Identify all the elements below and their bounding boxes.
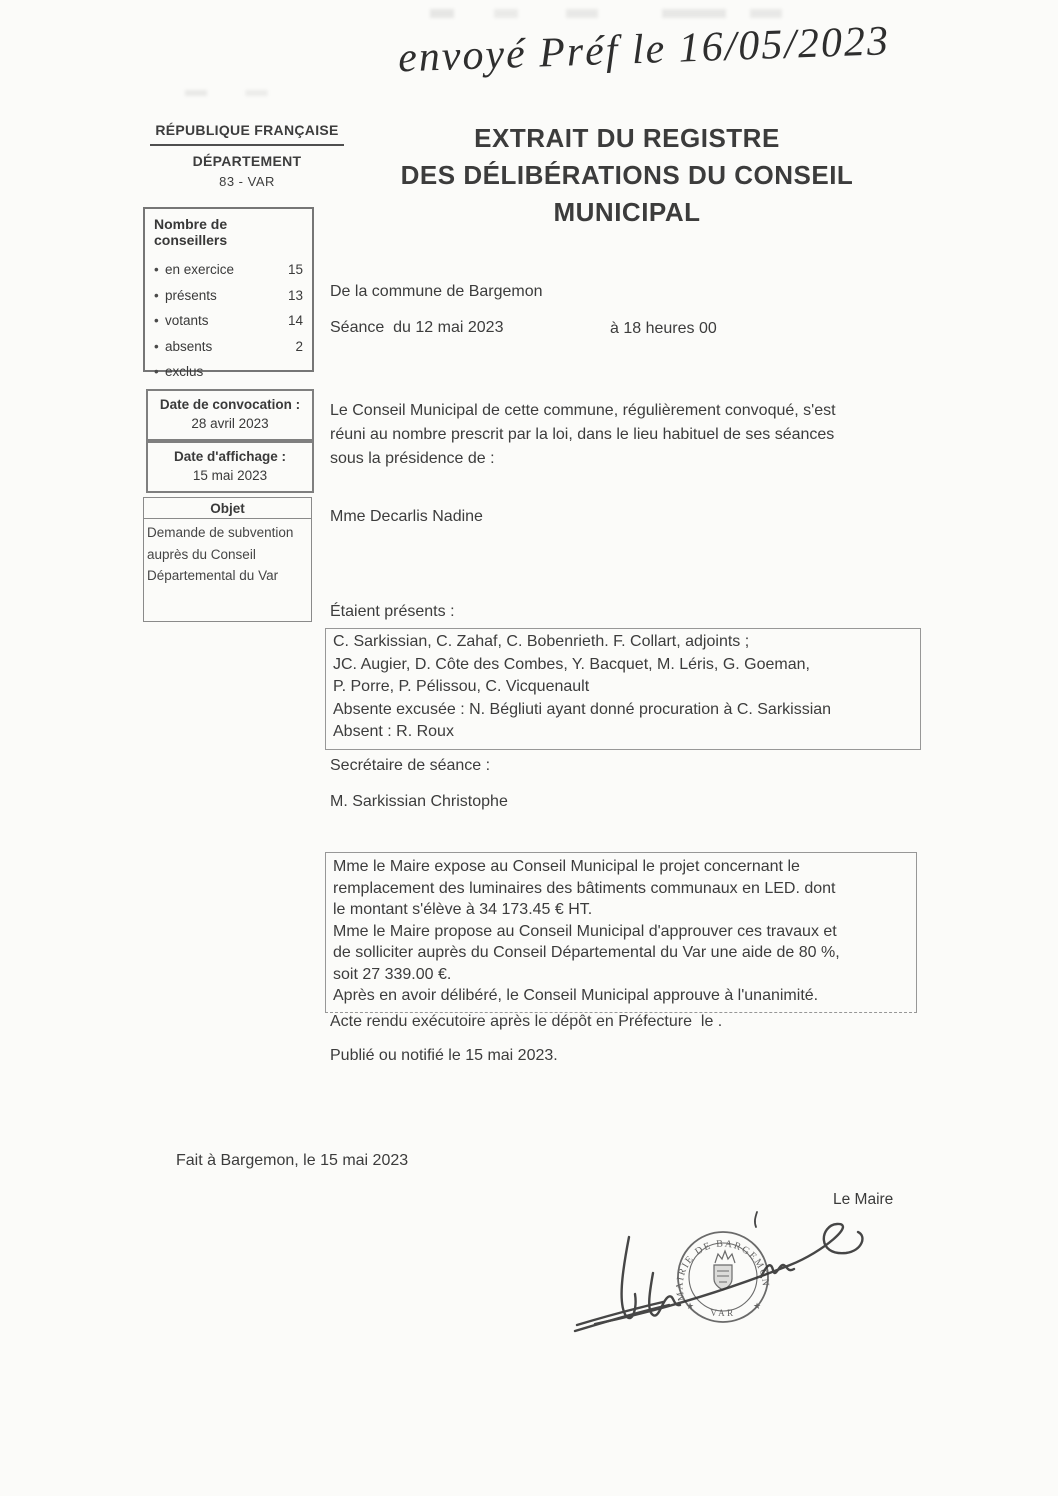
session-time: à 18 heures 00 [610,320,717,338]
stamp-crest-icon [714,1251,735,1290]
counselors-box-title: Nombre de conseillers [154,216,303,248]
convocation-paragraph-line: Le Conseil Municipal de cette commune, r… [330,399,836,423]
present-members-line: Absente excusée : N. Bégliuti ayant donn… [333,699,913,722]
subject-box: Objet Demande de subvention auprès du Co… [143,497,312,622]
republic-label: RÉPUBLIQUE FRANÇAISE [146,122,348,138]
scan-smudge [185,90,295,96]
bullet-icon: • [154,283,165,309]
convocation-paragraph: Le Conseil Municipal de cette commune, r… [330,399,836,471]
counselor-value: 15 [288,257,303,283]
bullet-icon: • [154,334,165,360]
convocation-paragraph-line: réuni au nombre prescrit par la loi, dan… [330,423,836,447]
counselor-label: présents [165,283,288,309]
counselor-value: 2 [295,334,303,360]
counselor-label: en exercice [165,257,288,283]
department-number: 83 - VAR [146,174,348,189]
present-members-label: Étaient présents : [330,603,455,621]
bullet-icon: • [154,257,165,283]
counselor-value: 14 [288,308,303,334]
convocation-date-label: Date de convocation : [150,395,310,414]
deliberation-line: Mme le Maire expose au Conseil Municipal… [333,856,909,878]
department-label: DÉPARTEMENT [146,153,348,169]
counselor-row: • votants 14 [154,308,303,334]
deliberation-line: de solliciter auprès du Conseil Départem… [333,942,909,964]
counselor-label: votants [165,308,288,334]
stamp-and-signature: MAIRIE DE BARGEMON VAR ★ ★ [565,1203,925,1358]
done-at-line: Fait à Bargemon, le 15 mai 2023 [176,1152,408,1170]
display-date-value: 15 mai 2023 [150,466,310,486]
display-date-label: Date d'affichage : [150,447,310,466]
star-icon: ★ [753,1301,761,1311]
stamp-bottom-text: VAR [710,1308,735,1318]
counselor-label: exclus [165,359,303,385]
document-title-line1: EXTRAIT DU REGISTRE [352,120,902,157]
counselor-row: • en exercice 15 [154,257,303,283]
counselor-row: • absents 2 [154,334,303,360]
deliberation-line: soit 27 339.00 €. [333,964,909,986]
deliberation-line: Mme le Maire propose au Conseil Municipa… [333,921,909,943]
deliberation-line: Après en avoir délibéré, le Conseil Muni… [333,985,909,1007]
executory-line: Acte rendu exécutoire après le dépôt en … [330,1013,722,1031]
convocation-paragraph-line: sous la présidence de : [330,447,836,471]
document-title-line3: MUNICIPAL [352,194,902,231]
handwritten-annotation: envoyé Préf le 16/05/2023 [397,12,879,89]
subject-box-title: Objet [144,498,311,519]
session-date-line: Séance du 12 mai 2023 [330,319,503,337]
published-line: Publié ou notifié le 15 mai 2023. [330,1047,558,1065]
divider [150,144,344,146]
document-title-line2: DES DÉLIBÉRATIONS DU CONSEIL [352,157,902,194]
present-members-line: C. Sarkissian, C. Zahaf, C. Bobenrieth. … [333,631,913,654]
convocation-date-box: Date de convocation : 28 avril 2023 [146,389,314,441]
republic-header: RÉPUBLIQUE FRANÇAISE DÉPARTEMENT 83 - VA… [146,122,348,189]
president-name: Mme Decarlis Nadine [330,508,483,526]
bullet-icon: • [154,308,165,334]
counselor-value: 13 [288,283,303,309]
present-members-line: JC. Augier, D. Côte des Combes, Y. Bacqu… [333,654,913,677]
counselor-row: • présents 13 [154,283,303,309]
deliberation-line: remplacement des luminaires des bâtiment… [333,878,909,900]
present-members-line: Absent : R. Roux [333,721,913,744]
convocation-date-value: 28 avril 2023 [150,414,310,434]
star-icon: ★ [686,1301,694,1311]
document-title: EXTRAIT DU REGISTRE DES DÉLIBÉRATIONS DU… [352,120,902,231]
counselors-box: Nombre de conseillers • en exercice 15 •… [143,207,314,372]
secretary-label: Secrétaire de séance : [330,757,490,775]
display-date-box: Date d'affichage : 15 mai 2023 [146,441,314,493]
secretary-name: M. Sarkissian Christophe [330,793,508,811]
deliberation-box: Mme le Maire expose au Conseil Municipal… [325,852,917,1013]
deliberation-line: le montant s'élève à 34 173.45 € HT. [333,899,909,921]
bullet-icon: • [154,359,165,385]
commune-line: De la commune de Bargemon [330,283,543,301]
counselor-row: • exclus [154,359,303,385]
present-members-box: C. Sarkissian, C. Zahaf, C. Bobenrieth. … [325,628,921,750]
present-members-line: P. Porre, P. Pélissou, C. Vicquenault [333,676,913,699]
counselor-label: absents [165,334,295,360]
subject-box-text: Demande de subvention auprès du Conseil … [144,519,311,587]
